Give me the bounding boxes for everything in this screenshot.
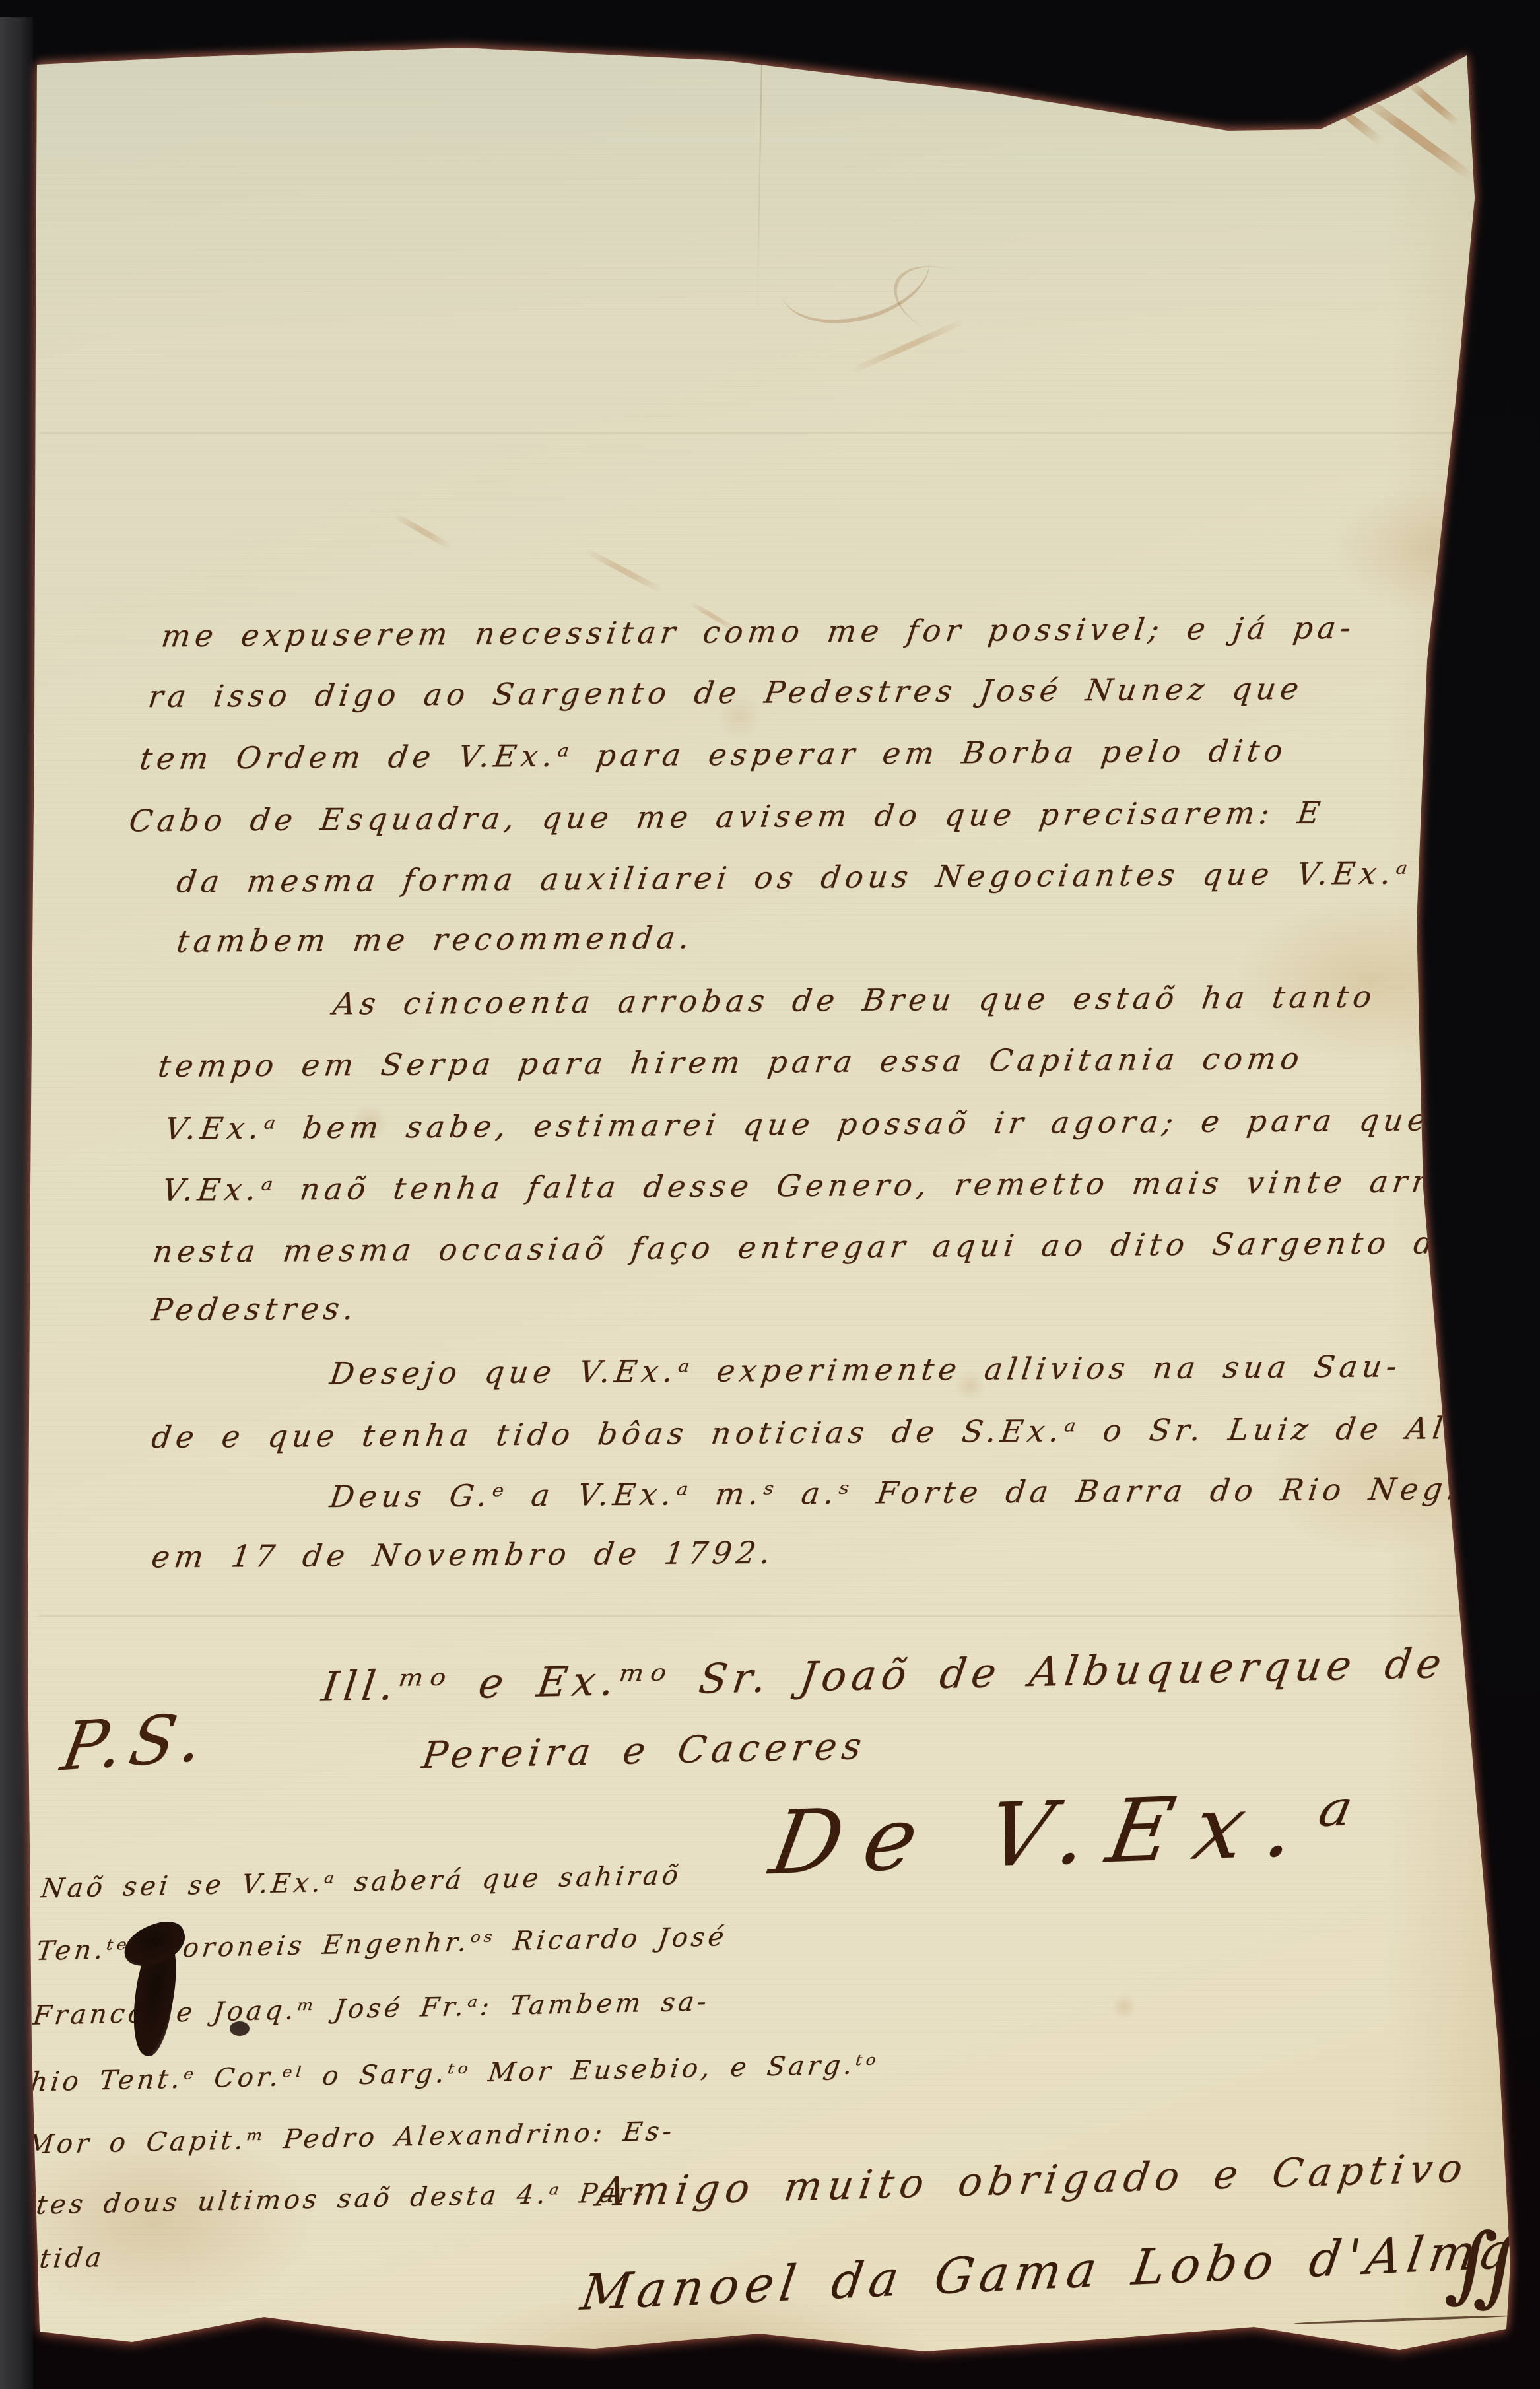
letter-line: Desejo que V.Ex.ᵃ experimente allivios n… bbox=[327, 1348, 1403, 1391]
postscript-line: hio Tent.ᵉ Cor.ᵉˡ o Sarg.ᵗᵒ Mor Eusebio,… bbox=[28, 2049, 880, 2097]
letter-line: ra isso digo ao Sargento de Pedestres Jo… bbox=[146, 671, 1305, 714]
letter-line: Deus G.ᵉ a V.Ex.ᵃ m.ˢ a.ˢ Forte da Barra… bbox=[327, 1471, 1491, 1514]
paper-sheet: me expuserem necessitar como me for poss… bbox=[0, 0, 1540, 2389]
bleed-through-flourish bbox=[770, 214, 939, 338]
letter-line: me expuserem necessitar como me for poss… bbox=[159, 610, 1357, 654]
signature-underline-flourish bbox=[1294, 2314, 1512, 2325]
paper-crease-vertical bbox=[757, 42, 763, 306]
paper-sheet-wrap: me expuserem necessitar como me for poss… bbox=[0, 0, 1540, 2389]
postscript-line: Naõ sei se V.Ex.ᵃ saberá que sahiraõ bbox=[39, 1860, 683, 1904]
scanned-letter-page: me expuserem necessitar como me for poss… bbox=[0, 0, 1540, 2389]
bleed-through-mark bbox=[849, 318, 966, 375]
letter-line: As cincoenta arrobas de Breu que estaõ h… bbox=[331, 978, 1378, 1021]
bleed-through-mark bbox=[1357, 92, 1475, 182]
postscript-line: Ten.ᵗᵉˢ Coroneis Engenhr.ᵒˢ Ricardo José bbox=[34, 1922, 729, 1967]
postscript-label: P.S. bbox=[56, 1697, 217, 1786]
address-recipient-line: Ill.ᵐᵒ e Ex.ᵐᵒ Sr. Joaõ de Albuquerque d… bbox=[319, 1635, 1540, 1710]
letter-line: tempo em Serpa para hirem para essa Capi… bbox=[156, 1040, 1306, 1084]
bleed-through-mark bbox=[584, 548, 663, 593]
letter-line: tem Ordem de V.Ex.ᵃ para esperar em Borb… bbox=[137, 733, 1289, 776]
postscript-line: Franco, e Joaq.ᵐ José Fr.ᵃ: Tambem sa- bbox=[31, 1986, 711, 2031]
bleed-through-mark bbox=[1405, 79, 1460, 127]
letter-line: V.Ex.ᵃ naõ tenha falta desse Genero, rem… bbox=[160, 1162, 1540, 1207]
paper-crease-horizontal bbox=[40, 1615, 1492, 1617]
paper-crease-horizontal bbox=[40, 432, 1465, 434]
bleed-through-mark bbox=[1296, 74, 1384, 146]
letter-line: nesta mesma occasiaõ faço entregar aqui … bbox=[151, 1225, 1463, 1269]
postscript-line: tida bbox=[38, 2242, 106, 2274]
letter-line: Pedestres. bbox=[149, 1291, 360, 1328]
postscript-line: Mor o Capit.ᵐ Pedro Alexandrino: Es- bbox=[24, 2116, 676, 2161]
bleed-through-flourish bbox=[883, 252, 1015, 356]
letter-line: da mesma forma auxiliarei os dous Negoci… bbox=[174, 855, 1413, 899]
bleed-through-mark bbox=[1021, 48, 1104, 80]
bleed-through-mark bbox=[925, 51, 1035, 88]
address-recipient-line: Pereira e Caceres bbox=[420, 1725, 869, 1777]
address-de-vexa-flourish: De V.Ex.ᵃ bbox=[764, 1772, 1381, 1895]
postscript-line: tes dous ultimos saõ desta 4.ᵃ Par- bbox=[34, 2177, 648, 2220]
letter-line: Cabo de Esquadra, que me avisem do que p… bbox=[127, 795, 1327, 839]
letter-line: de e que tenha tido bôas noticias de S.E… bbox=[149, 1409, 1540, 1455]
letter-line: tambem me recommenda. bbox=[174, 920, 696, 959]
closing-valediction: Amigo muito obrigado e Captivo bbox=[594, 2145, 1471, 2215]
bleed-through-mark bbox=[392, 512, 452, 551]
signature: Manoel da Gama Lobo d'Almada bbox=[577, 2219, 1540, 2322]
letter-line: V.Ex.ᵃ bem sabe, estimarei que possaõ ir… bbox=[162, 1102, 1432, 1146]
letter-line: em 17 de Novembro de 1792. bbox=[149, 1535, 777, 1575]
signature-rubric-flourish: ∬ bbox=[1442, 2210, 1530, 2321]
